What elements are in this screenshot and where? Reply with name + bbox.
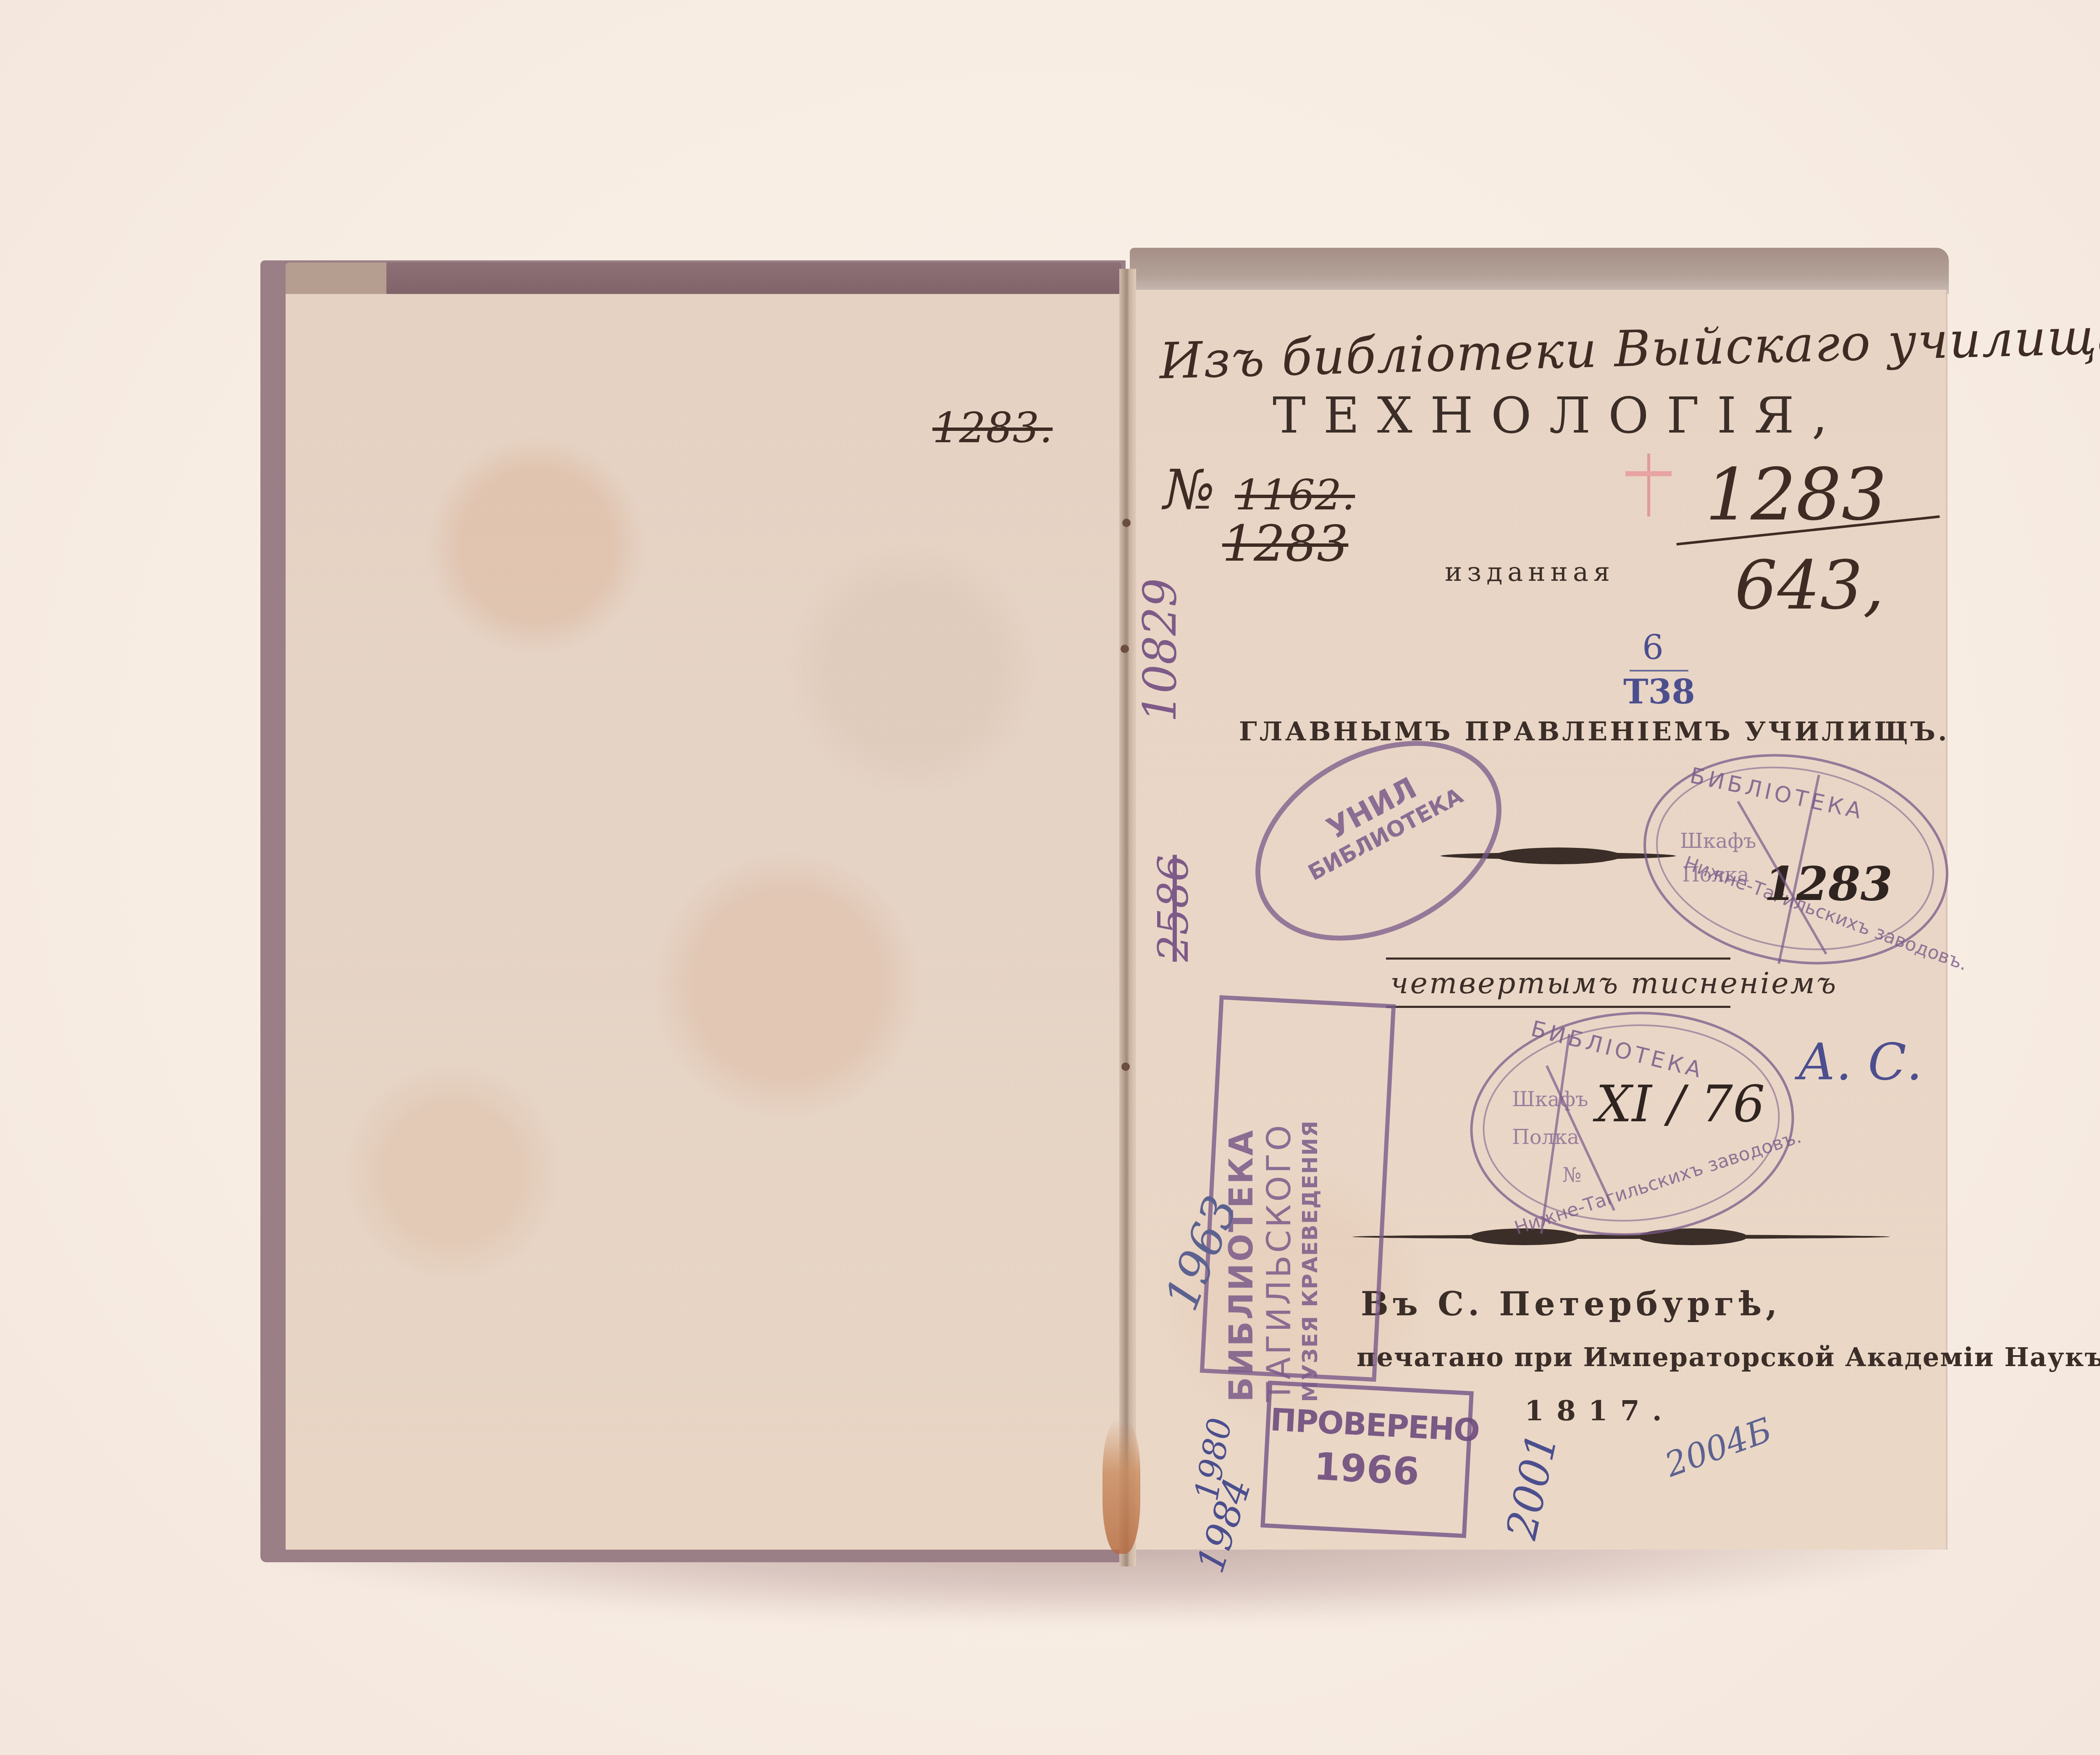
old-accession-number-2: 1283 bbox=[1222, 514, 1348, 572]
edition-line: четвертымъ тисненіемъ bbox=[1390, 966, 1837, 1000]
checked-stamp: ПРОВЕРЕНО 1966 bbox=[1260, 1380, 1474, 1538]
library-stamp-2-field-cabinet: Шкафъ bbox=[1512, 1088, 1588, 1111]
catalog-code-top: 6 bbox=[1642, 628, 1664, 667]
page-block-top-edge bbox=[1130, 248, 1949, 294]
left-endpaper bbox=[286, 294, 1122, 1550]
stitch-hole bbox=[1121, 645, 1129, 653]
museum-stamp-line3: МУЗЕЯ КРАЕВЕДЕНИЯ bbox=[1298, 1032, 1323, 1402]
imprint-printer: печатано при Императорской Академіи Наук… bbox=[1357, 1342, 2100, 1372]
library-stamp-1-number: 1283 bbox=[1764, 857, 1893, 911]
publisher-line: ГЛАВНЫМЪ ПРАВЛЕНІЕМЪ УЧИЛИЩЪ. bbox=[1239, 716, 1950, 747]
imprint-city: Въ С. Петербургѣ, bbox=[1361, 1285, 1781, 1323]
book-title: ТЕХНОЛОГІЯ, bbox=[1273, 386, 1845, 444]
library-stamp-2-crossed-mark: XI / 76 bbox=[1596, 1075, 1765, 1133]
gutter-tear bbox=[1102, 1419, 1140, 1554]
binding-top-edge bbox=[286, 262, 1121, 298]
binding-corner-worn bbox=[286, 262, 386, 298]
old-accession-number: 1162. bbox=[1235, 470, 1355, 519]
margin-initials: А. С. bbox=[1798, 1033, 1922, 1091]
margin-inventory-number: 10829 bbox=[1134, 578, 1186, 722]
imprint-year: 1817. bbox=[1525, 1394, 1675, 1427]
checked-stamp-year: 1966 bbox=[1267, 1442, 1466, 1496]
museum-stamp-line2: ТАГИЛЬСКОГО bbox=[1260, 1032, 1298, 1402]
stitch-hole bbox=[1121, 1062, 1130, 1071]
catalog-code-divider bbox=[1630, 670, 1688, 672]
library-stamp-2-field-number: № bbox=[1562, 1163, 1581, 1187]
library-stamp-1-field-cabinet: Шкафъ bbox=[1680, 829, 1756, 853]
book-gutter bbox=[1119, 269, 1136, 1566]
left-page-number: 1283. bbox=[932, 403, 1053, 452]
margin-inventory-number-crossed: 2586 bbox=[1149, 855, 1198, 962]
library-stamp-2-field-shelf: Полка bbox=[1512, 1125, 1579, 1149]
edition-rule-bottom bbox=[1386, 1006, 1730, 1008]
shelfmark-bottom: 643, bbox=[1735, 546, 1884, 624]
checked-stamp-label: ПРОВЕРЕНО bbox=[1269, 1402, 1468, 1448]
red-pencil-cross-mark bbox=[1625, 454, 1672, 517]
catalog-code-bottom: Т38 bbox=[1623, 672, 1695, 711]
issued-label: изданная bbox=[1445, 556, 1615, 587]
stitch-hole bbox=[1122, 519, 1131, 527]
number-sign: № bbox=[1163, 458, 1215, 522]
ornament-rule-center bbox=[1495, 847, 1621, 864]
edition-rule-top bbox=[1386, 958, 1730, 960]
